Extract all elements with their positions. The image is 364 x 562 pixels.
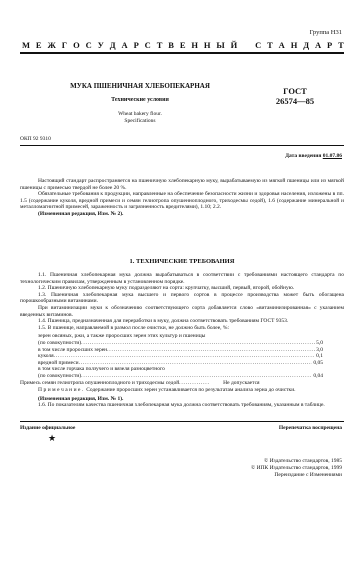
impurity-row: зерен овсяных, ржи, а также проросших зе… [38,333,323,340]
document-subtitle: Технические условия [68,97,212,103]
clause-1-2: 1.2. Пшеничную хлебопекарную муку подраз… [20,285,344,292]
impurity-value: 3,0 [315,347,323,354]
banner-letter: Е [36,40,42,50]
impurity-value: 0,05 [312,360,323,367]
impurity-row: в том числе горчака ползучего и вязеля р… [38,366,323,373]
english-title-line1: Wheat bakery flour. [68,111,212,118]
reprint-prohibited: Перепечатка воспрещена [279,425,342,431]
banner-letter: Р [134,40,139,50]
note-text: Содержание проросших зерен устанавливает… [86,387,295,393]
intro-paragraph-1: Настоящий стандарт распространяется на п… [20,178,344,191]
copyright-1985: © Издательство стандартов, 1985 [251,458,342,465]
banner-letter: Д [110,40,116,50]
banner-letter: Т [157,40,163,50]
introduction-date-value: 01.07.86 [323,153,342,159]
note: Примечание. Содержание проросших зерен у… [20,387,344,394]
impurity-value: 5,0 [315,340,323,347]
clause-1-3: 1.3. Пшеничная хлебопекарная мука высшег… [20,292,344,305]
leader-dots: ........................................… [107,347,315,354]
banner-letter: Ж [47,40,55,50]
gost-label: ГОСТ [260,86,330,96]
okp-code: ОКП 92 9310 [20,136,51,142]
banner-letter: О [73,40,80,50]
introduction-date-label: Дата введения [285,153,321,159]
footer-rule [20,421,344,422]
impurity-row: в том числе проросших зерен ............… [38,347,323,354]
group-code: Группа Н31 [310,29,342,36]
intro-paragraph-2: Обязательные требования к продукции, нап… [20,191,344,211]
banner-letter: Е [180,40,186,50]
section-heading: 1. ТЕХНИЧЕСКИЕ ТРЕБОВАНИЯ [20,258,344,265]
banner-letter: Н [291,40,298,50]
banner-letter: Й [231,40,238,50]
banner-letter: С [255,40,261,50]
intro-amendment: (Измененная редакция, Изм. № 2). [20,211,344,218]
document-title: МУКА ПШЕНИЧНАЯ ХЛЕБОПЕКАРНАЯ [68,82,212,90]
top-rule [20,52,344,54]
impurity-label: (по совокупности) [38,340,81,347]
english-title: Wheat bakery flour. Specifications [68,111,212,125]
banner-letter: А [122,40,128,50]
impurity-value: 0,04 [312,373,323,380]
banner-letter: М [22,40,30,50]
impurity-label: зерен овсяных, ржи, а также проросших зе… [38,333,205,340]
official-edition: Издание официальное [20,425,75,431]
banner-letter: Р [327,40,332,50]
banner-letter: Ы [216,40,224,50]
clause-1-4: 1.4. Пшеница, предназначенная для перера… [20,318,344,325]
interstate-standard-banner: М Е Ж Г О С У Д А Р С Т В Е Н Н Ы Й С Т … [22,40,344,50]
impurity-row-heliotrope: Примесь семян гелиотропа опушенноплодног… [20,380,332,387]
impurity-row: (по совокупности) ......................… [38,340,323,347]
banner-letter: Н [191,40,198,50]
note-label: Примечание. [38,387,85,393]
banner-gap [243,40,249,50]
banner-letter: В [168,40,174,50]
clause-1-6: 1.6. По показателям качества пшеничная х… [20,402,344,409]
copyright-1999: © ИПК Издательство стандартов, 1999 [251,465,342,472]
impurity-label: в том числе горчака ползучего и вязеля р… [38,366,165,373]
leader-dots: ........................................… [79,360,313,367]
impurity-label: вредной примеси [38,360,79,367]
banner-letter: Т [267,40,273,50]
banner-letter: Н [204,40,211,50]
leader-dots: ........................................… [54,353,315,360]
clause-1-5: 1.5. В пшенице, направляемой в размол по… [20,325,344,332]
section1-body: 1.1. Пшеничная хлебопекарная мука должна… [20,272,344,409]
impurity-label: Примесь семян гелиотропа опушенноплодног… [20,380,179,387]
banner-letter: А [315,40,321,50]
impurity-limits-list: зерен овсяных, ржи, а также проросших зе… [20,333,323,379]
impurity-value: Не допускается [219,380,259,387]
banner-letter: А [279,40,285,50]
banner-letter: С [86,40,92,50]
impurity-row: куколя .................................… [38,353,323,360]
impurity-label: куколя [38,353,54,360]
gost-designation: ГОСТ 26574—85 [260,86,330,106]
impurity-label: (по совокупности) [38,373,81,380]
impurity-label: в том числе проросших зерен [38,347,107,354]
impurity-value: 0,1 [315,353,323,360]
impurity-row: вредной примеси ........................… [38,360,323,367]
impurity-row: (по совокупности) ......................… [38,373,323,380]
leader-dots: ........................................… [81,373,312,380]
reissue-note: Переиздание с Изменениями [251,472,342,479]
leader-dots: ........................................… [81,340,315,347]
copyright-block: © Издательство стандартов, 1985 © ИПК Из… [251,458,342,479]
intro-section: Настоящий стандарт распространяется на п… [20,178,344,218]
clause-1-3-vitamins: При витаминизации муки к обозначению соо… [20,305,344,318]
star-icon: ★ [48,433,56,444]
banner-letter: У [98,40,104,50]
banner-letter: С [145,40,151,50]
header-rule [20,145,344,146]
banner-letter: Т [338,40,344,50]
introduction-date: Дата введения 01.07.86 [285,153,342,159]
english-title-line2: Specifications [68,118,212,125]
gost-number: 26574—85 [260,96,330,106]
clause-1-1: 1.1. Пшеничная хлебопекарная мука должна… [20,272,344,285]
leader-dots: .............. [179,380,219,387]
banner-letter: Г [62,40,67,50]
banner-letter: Д [303,40,309,50]
